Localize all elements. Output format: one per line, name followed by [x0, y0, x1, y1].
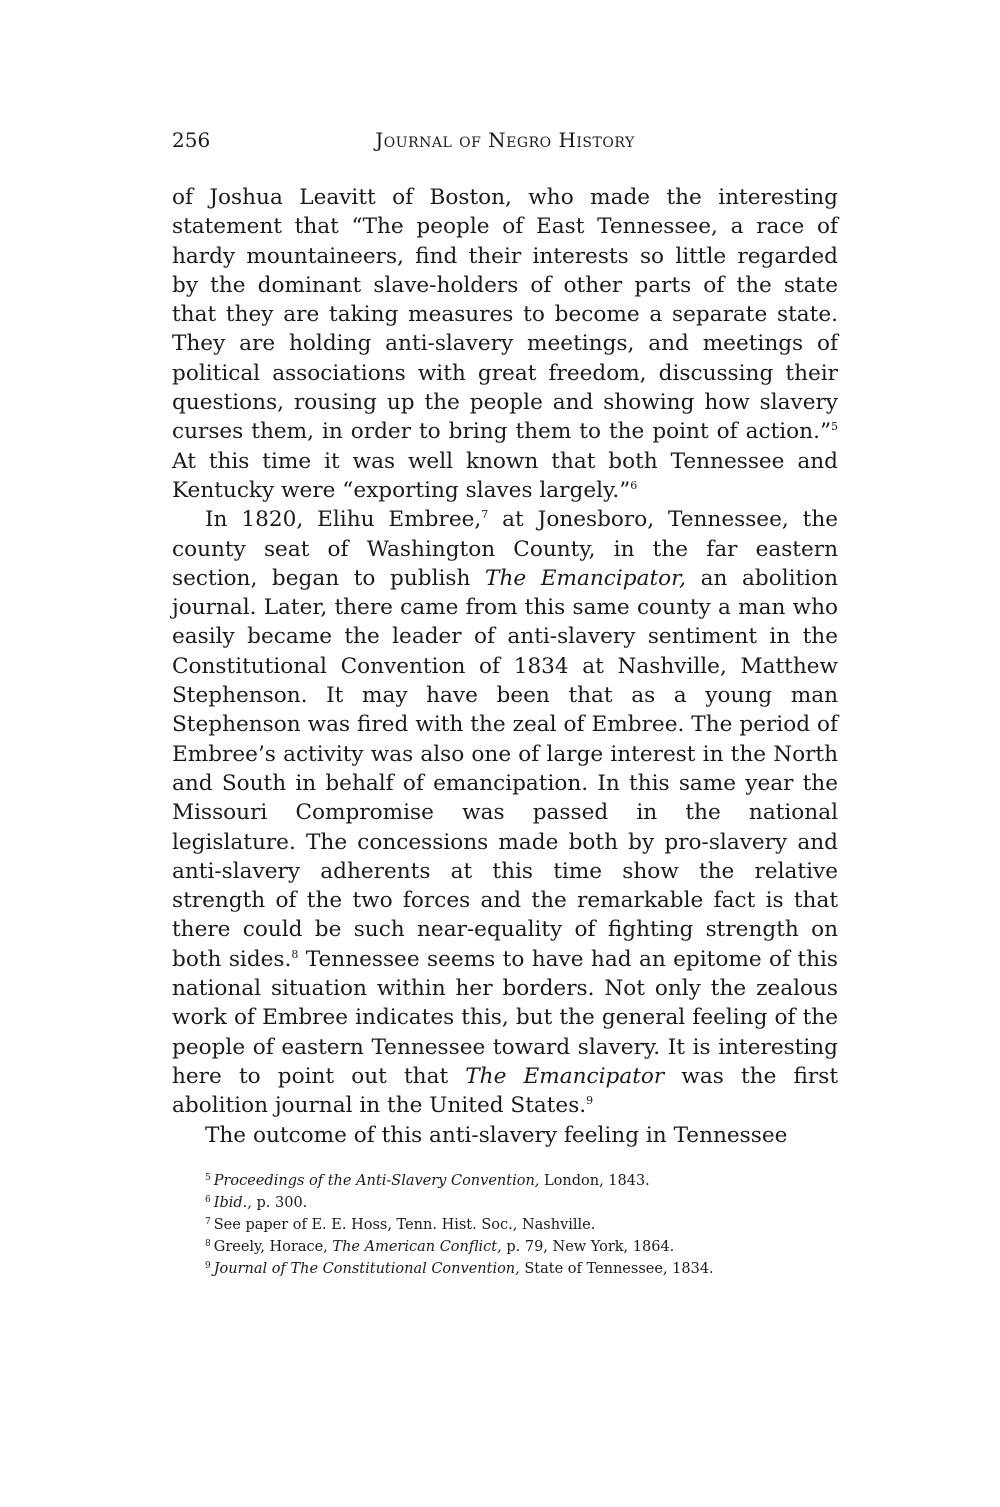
text-run: London, 1843. [539, 1173, 649, 1189]
page-header: 256 Journal of Negro History [172, 128, 838, 158]
footnote-number: 8 [205, 1239, 211, 1249]
running-title: Journal of Negro History [172, 128, 838, 152]
document-page: 256 Journal of Negro History of Joshua L… [172, 128, 838, 1280]
paragraph: In 1820, Elihu Embree,7 at Jonesboro, Te… [172, 505, 838, 1120]
footnote-number: 9 [205, 1261, 211, 1271]
footnotes: 5Proceedings of the Anti-Slavery Convent… [172, 1170, 838, 1280]
footnote-number: 7 [205, 1217, 211, 1227]
paragraph: The outcome of this anti-slavery feeling… [172, 1121, 838, 1150]
footnote: 9Journal of The Constitutional Conventio… [205, 1258, 838, 1280]
footnote-reference: 6 [630, 479, 637, 492]
footnote-reference: 5 [831, 420, 838, 433]
footnote: 8Greely, Horace, The American Conflict, … [205, 1236, 838, 1258]
paragraph: of Joshua Leavitt of Boston, who made th… [172, 183, 838, 505]
italic-title: The Emancipator [465, 1064, 664, 1089]
text-run: In 1820, Elihu Embree, [205, 507, 481, 532]
italic-title: The American Conflict, [332, 1239, 501, 1255]
footnote-number: 5 [205, 1173, 211, 1183]
text-run: See paper of E. E. Hoss, Tenn. Hist. Soc… [214, 1217, 596, 1233]
footnote: 5Proceedings of the Anti-Slavery Convent… [205, 1170, 838, 1192]
text-run: At this time it was well known that both… [172, 449, 838, 503]
text-run: of Joshua Leavitt of Boston, who made th… [172, 185, 838, 444]
italic-title: Journal of The Constitutional Convention… [214, 1261, 520, 1277]
footnote: 6Ibid., p. 300. [205, 1192, 838, 1214]
body-text: of Joshua Leavitt of Boston, who made th… [172, 183, 838, 1150]
italic-title: Proceedings of the Anti-Slavery Conventi… [214, 1173, 540, 1189]
footnote-number: 6 [205, 1195, 211, 1205]
text-run: Greely, Horace, [214, 1239, 333, 1255]
italic-title: Ibid., [214, 1195, 252, 1211]
text-run: p. 300. [252, 1195, 307, 1211]
text-run: The outcome of this anti-slavery feeling… [205, 1123, 787, 1148]
italic-title: The Emancipator, [485, 566, 686, 591]
text-run: p. 79, New York, 1864. [502, 1239, 675, 1255]
footnote-reference: 9 [586, 1094, 593, 1107]
text-run: an abolition journal. Later, there came … [172, 566, 838, 972]
footnote: 7See paper of E. E. Hoss, Tenn. Hist. So… [205, 1214, 838, 1236]
text-run: State of Tennessee, 1834. [520, 1261, 714, 1277]
